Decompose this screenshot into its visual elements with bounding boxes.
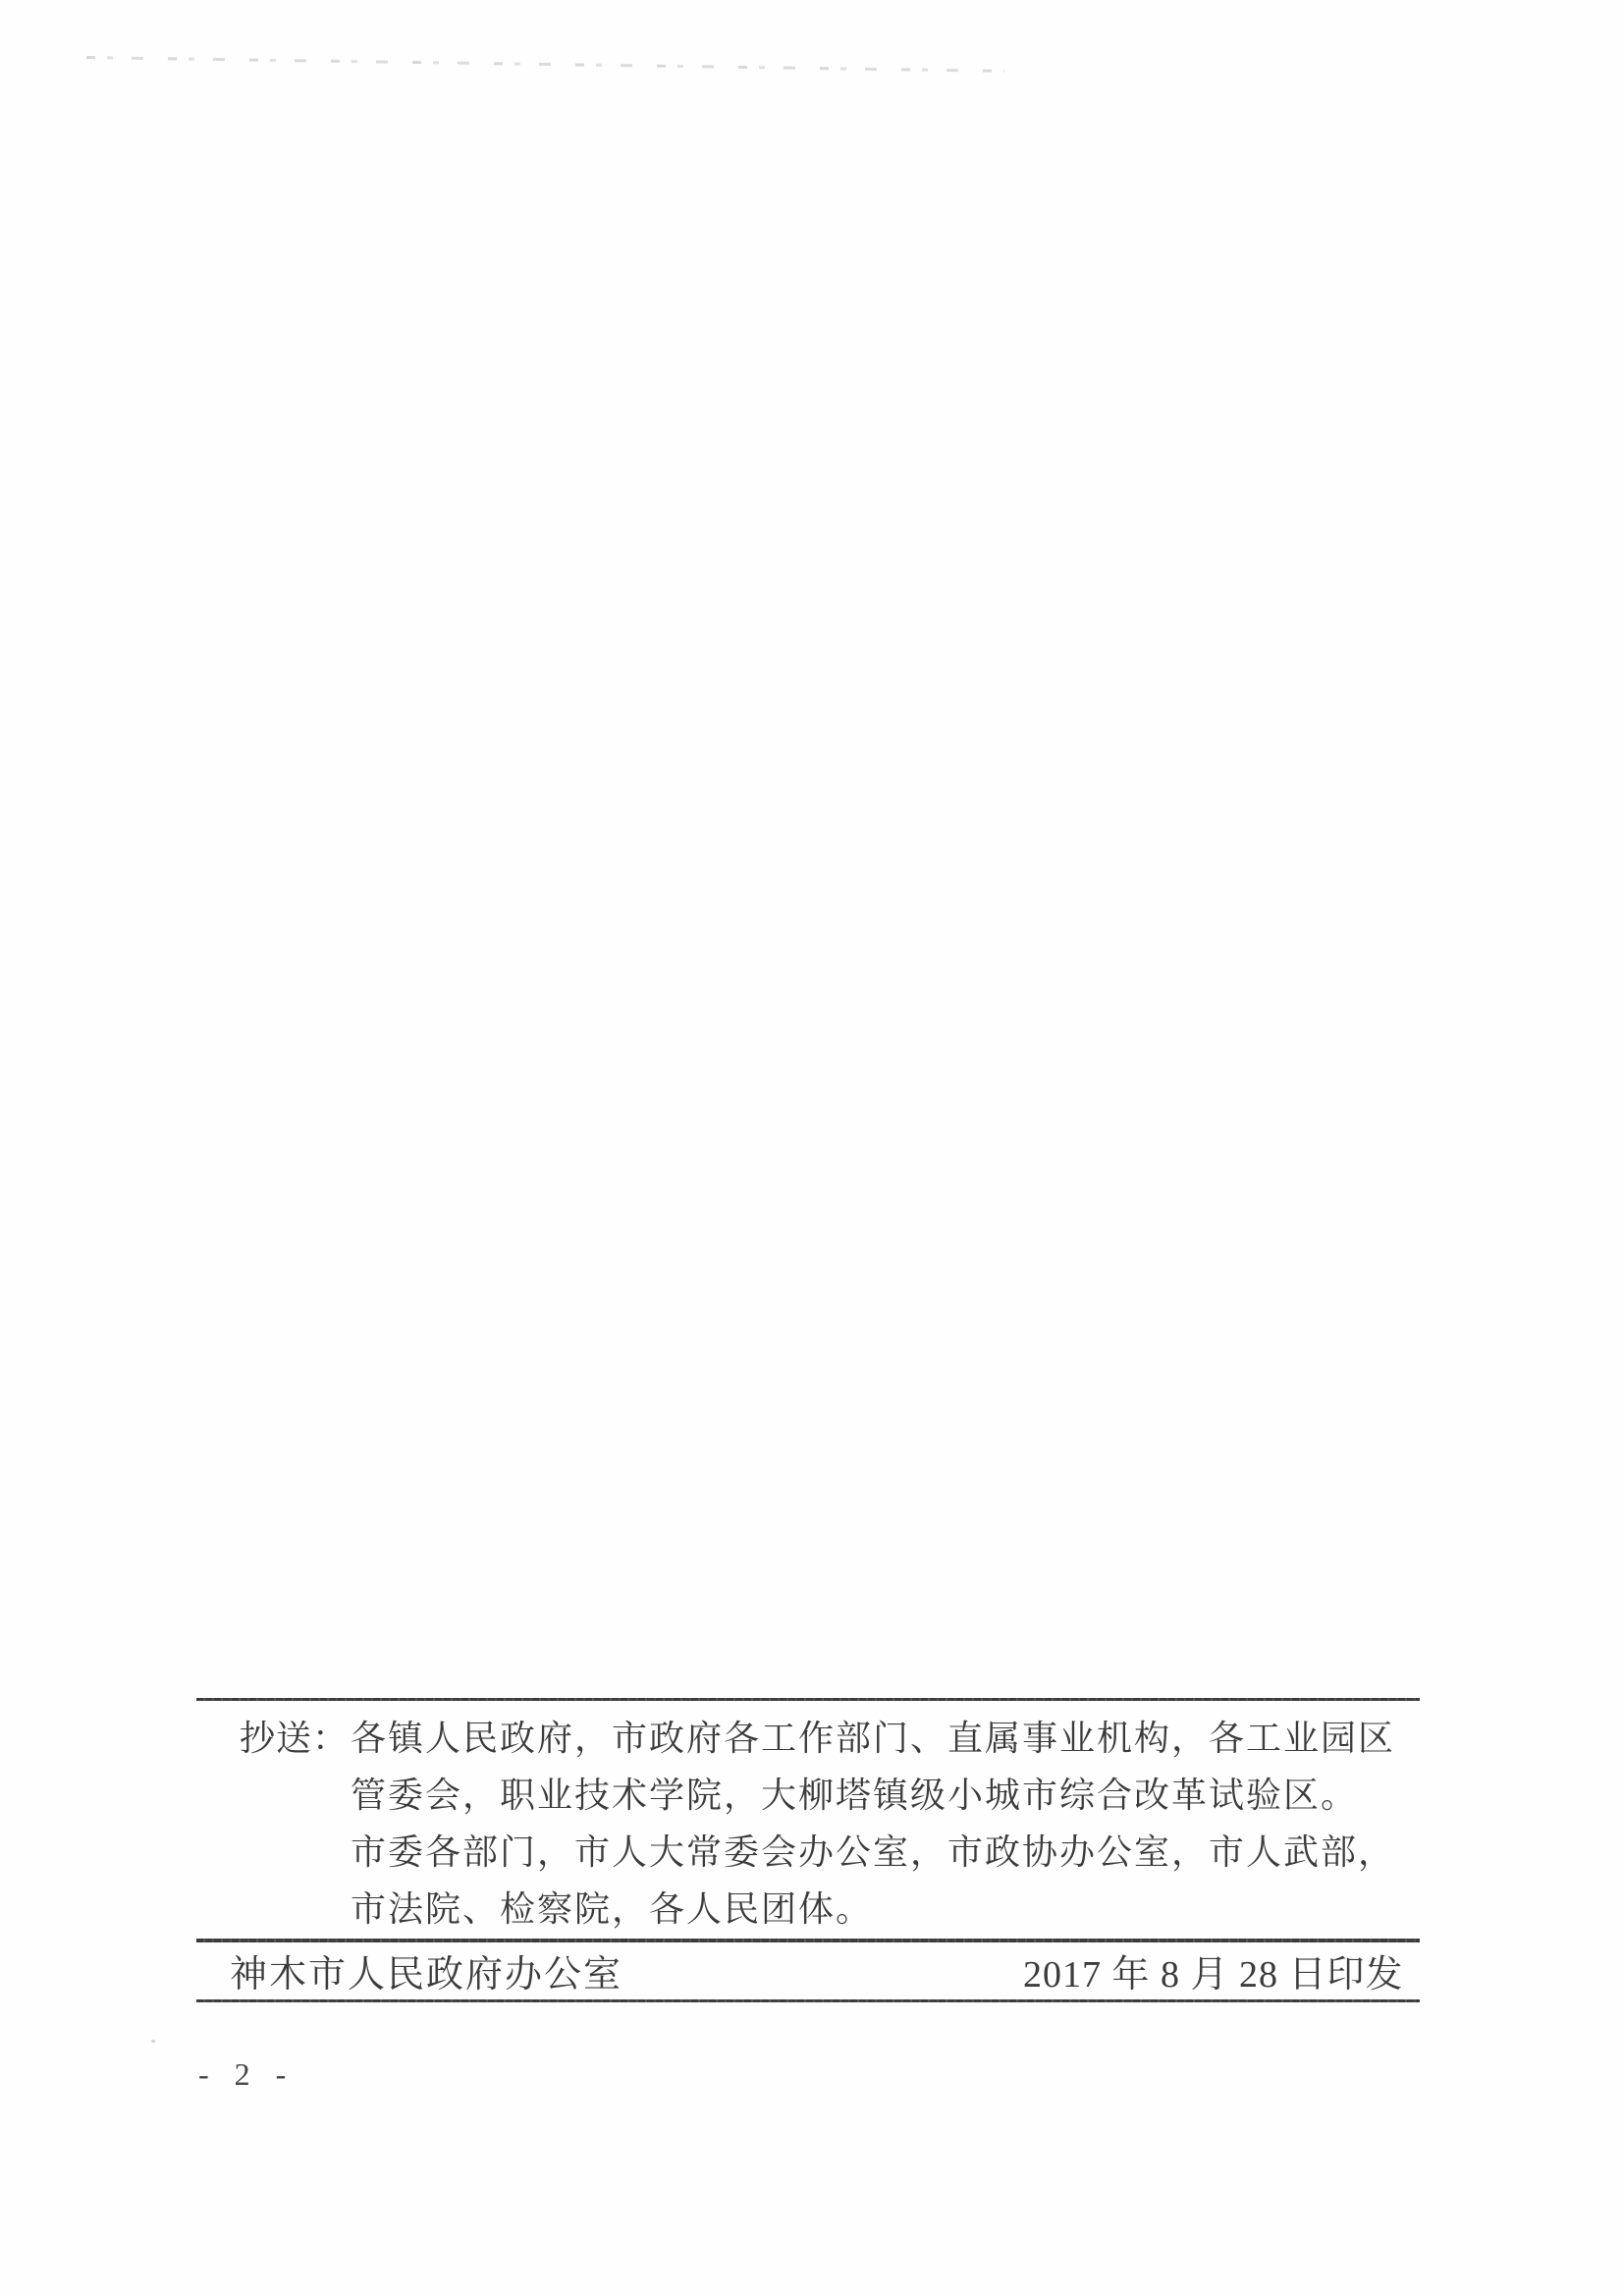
- page-number: - 2 -: [198, 2056, 295, 2092]
- footer-top-rule: [196, 1698, 1420, 1701]
- copy-to-label: 抄送：: [240, 1719, 349, 1758]
- issuing-office: 神木市人民政府办公室: [230, 1954, 622, 1995]
- footer-mid-rule: [196, 1939, 1420, 1942]
- copy-to-line-4: 市法院、检察院，各人民团体。: [351, 1889, 873, 1929]
- copy-to-line-2: 管委会，职业技术学院，大柳塔镇级小城市综合改革试验区。: [351, 1776, 1358, 1815]
- scan-speck: [151, 2040, 155, 2043]
- document-page: 抄送： 各镇人民政府，市政府各工作部门、直属事业机构，各工业园区 管委会，职业技…: [0, 0, 1622, 2296]
- print-date: 2017 年 8 月 28 日印发: [1023, 1954, 1404, 1995]
- scan-artifact: [86, 56, 1004, 73]
- footer-bottom-rule: [196, 1999, 1420, 2002]
- copy-to-line-1: 各镇人民政府，市政府各工作部门、直属事业机构，各工业园区: [351, 1719, 1395, 1758]
- copy-to-line-3: 市委各部门，市人大常委会办公室，市政协办公室，市人武部，: [351, 1832, 1395, 1872]
